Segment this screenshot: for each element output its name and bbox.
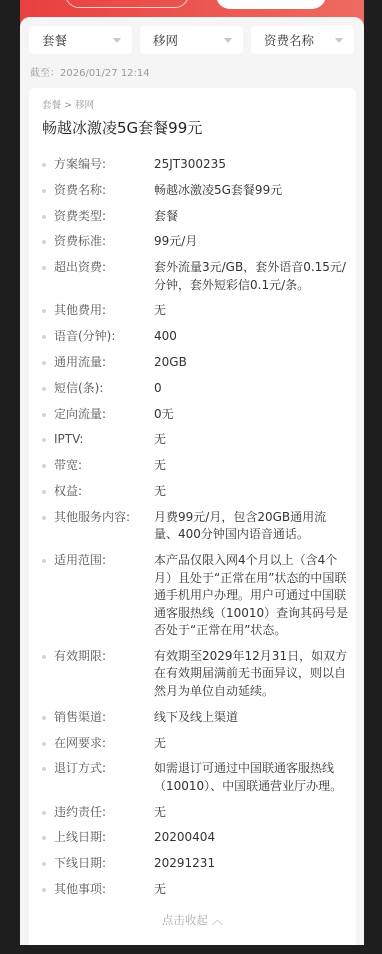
- plan-title: 畅越冰激凌5G套餐99元: [42, 117, 202, 138]
- bullet-icon: [42, 559, 46, 563]
- detail-row-overage: 超出资费:套外流量3元/GB，套外语音0.15元/分钟，套外短彩信0.1元/条。: [42, 259, 350, 294]
- detail-row-other-fees: 其他费用:无: [42, 302, 350, 320]
- detail-row-plan-type: 资费类型:套餐: [42, 208, 350, 226]
- detail-list: 方案编号:25JT300235 资费名称:畅越冰激凌5G套餐99元 资费类型:套…: [42, 156, 350, 907]
- content-panel: 套餐 移网 资费名称 截至：2026/01/27 12:14 套餐 > 移网 畅…: [20, 17, 364, 945]
- detail-value: 20GB: [154, 354, 350, 372]
- detail-value: 有效期至2029年12月31日，如双方在有效期届满前无书面异议，则以自然月为单位…: [154, 648, 350, 701]
- caret-down-icon: [224, 38, 232, 43]
- detail-row-iptv: IPTV:无: [42, 431, 350, 449]
- detail-value: 0: [154, 380, 350, 398]
- detail-value: 20200404: [154, 829, 350, 847]
- detail-row-channel: 销售渠道:线下及线上渠道: [42, 709, 350, 727]
- detail-label: 适用范围:: [54, 552, 154, 640]
- detail-label: 有效期限:: [54, 648, 154, 701]
- detail-value: 线下及线上渠道: [154, 709, 350, 727]
- filter-category-dropdown[interactable]: 套餐: [29, 26, 132, 54]
- detail-row-plan-id: 方案编号:25JT300235: [42, 156, 350, 174]
- detail-value: 如需退订可通过中国联通客服热线（10010）、中国联通营业厅办理。: [154, 760, 350, 795]
- detail-label: 语音(分钟):: [54, 328, 154, 346]
- filter-plan-name-dropdown[interactable]: 资费名称: [251, 26, 354, 54]
- detail-label: 下线日期:: [54, 855, 154, 873]
- detail-value: 套外流量3元/GB，套外语音0.15元/分钟，套外短彩信0.1元/条。: [154, 259, 350, 294]
- bullet-icon: [42, 888, 46, 892]
- header-tab-left[interactable]: [65, 0, 189, 8]
- detail-label: 通用流量:: [54, 354, 154, 372]
- bullet-icon: [42, 361, 46, 365]
- bullet-icon: [42, 655, 46, 659]
- detail-row-unsubscribe: 退订方式:如需退订可通过中国联通客服热线（10010）、中国联通营业厅办理。: [42, 760, 350, 795]
- detail-label: 资费名称:: [54, 182, 154, 200]
- detail-row-other-services: 其他服务内容:月费99元/月，包含20GB通用流量、400分钟国内语音通话。: [42, 509, 350, 544]
- bullet-icon: [42, 413, 46, 417]
- detail-row-launch-date: 上线日期:20200404: [42, 829, 350, 847]
- detail-value: 20291231: [154, 855, 350, 873]
- bullet-icon: [42, 464, 46, 468]
- header-tab-right-active[interactable]: [216, 0, 326, 9]
- detail-value: 0无: [154, 406, 350, 424]
- detail-label: 违约责任:: [54, 804, 154, 822]
- detail-value: 无: [154, 804, 350, 822]
- detail-label: 权益:: [54, 483, 154, 501]
- detail-row-other-notes: 其他事项:无: [42, 881, 350, 899]
- detail-label: 退订方式:: [54, 760, 154, 795]
- detail-row-sms: 短信(条):0: [42, 380, 350, 398]
- detail-label: 在网要求:: [54, 735, 154, 753]
- detail-row-benefits: 权益:无: [42, 483, 350, 501]
- detail-row-offline-date: 下线日期:20291231: [42, 855, 350, 873]
- detail-value: 无: [154, 881, 350, 899]
- filter-label: 套餐: [42, 31, 67, 49]
- filter-network-dropdown[interactable]: 移网: [140, 26, 243, 54]
- detail-label: 带宽:: [54, 457, 154, 475]
- detail-row-data: 通用流量:20GB: [42, 354, 350, 372]
- detail-value: 99元/月: [154, 233, 350, 251]
- detail-label: 方案编号:: [54, 156, 154, 174]
- bullet-icon: [42, 240, 46, 244]
- detail-row-plan-name: 资费名称:畅越冰激凌5G套餐99元: [42, 182, 350, 200]
- detail-value: 无: [154, 431, 350, 449]
- detail-value: 月费99元/月，包含20GB通用流量、400分钟国内语音通话。: [154, 509, 350, 544]
- bullet-icon: [42, 516, 46, 520]
- detail-row-voice: 语音(分钟):400: [42, 328, 350, 346]
- detail-label: 定向流量:: [54, 406, 154, 424]
- detail-value: 25JT300235: [154, 156, 350, 174]
- detail-row-tenure: 在网要求:无: [42, 735, 350, 753]
- detail-label: 其他事项:: [54, 881, 154, 899]
- detail-value: 无: [154, 457, 350, 475]
- plan-detail-card: 套餐 > 移网 畅越冰激凌5G套餐99元 方案编号:25JT300235 资费名…: [29, 88, 356, 945]
- phone-screen: 套餐 移网 资费名称 截至：2026/01/27 12:14 套餐 > 移网 畅…: [20, 0, 364, 945]
- detail-value: 无: [154, 735, 350, 753]
- bullet-icon: [42, 490, 46, 494]
- detail-label: 其他服务内容:: [54, 509, 154, 544]
- caret-down-icon: [113, 38, 121, 43]
- bullet-icon: [42, 742, 46, 746]
- bullet-icon: [42, 811, 46, 815]
- bullet-icon: [42, 163, 46, 167]
- detail-row-price: 资费标准:99元/月: [42, 233, 350, 251]
- filter-label: 移网: [153, 31, 178, 49]
- detail-label: 资费类型:: [54, 208, 154, 226]
- detail-label: 其他费用:: [54, 302, 154, 320]
- detail-value: 无: [154, 302, 350, 320]
- bullet-icon: [42, 335, 46, 339]
- detail-value: 400: [154, 328, 350, 346]
- bullet-icon: [42, 189, 46, 193]
- detail-label: 资费标准:: [54, 233, 154, 251]
- detail-label: 短信(条):: [54, 380, 154, 398]
- detail-value: 本产品仅限入网4个月以上（含4个月）且处于“正常在用”状态的中国联通手机用户办理…: [154, 552, 350, 640]
- caret-down-icon: [335, 38, 343, 43]
- bullet-icon: [42, 309, 46, 313]
- bullet-icon: [42, 266, 46, 270]
- detail-row-scope: 适用范围:本产品仅限入网4个月以上（含4个月）且处于“正常在用”状态的中国联通手…: [42, 552, 350, 640]
- breadcrumb: 套餐 > 移网: [42, 97, 94, 111]
- as-of-timestamp: 截至：2026/01/27 12:14: [30, 64, 150, 79]
- detail-label: 上线日期:: [54, 829, 154, 847]
- detail-value: 套餐: [154, 208, 350, 226]
- detail-value: 无: [154, 483, 350, 501]
- filter-label: 资费名称: [264, 31, 314, 49]
- detail-value: 畅越冰激凌5G套餐99元: [154, 182, 350, 200]
- detail-label: 超出资费:: [54, 259, 154, 294]
- detail-label: IPTV:: [54, 431, 154, 449]
- bullet-icon: [42, 836, 46, 840]
- bullet-icon: [42, 862, 46, 866]
- collapse-button[interactable]: 点击收起 ︿: [29, 912, 356, 928]
- filter-bar: 套餐 移网 资费名称: [29, 26, 354, 54]
- bullet-icon: [42, 215, 46, 219]
- bullet-icon: [42, 438, 46, 442]
- bullet-icon: [42, 767, 46, 771]
- detail-row-bandwidth: 带宽:无: [42, 457, 350, 475]
- bullet-icon: [42, 387, 46, 391]
- detail-row-liability: 违约责任:无: [42, 804, 350, 822]
- detail-row-directed-data: 定向流量:0无: [42, 406, 350, 424]
- bullet-icon: [42, 716, 46, 720]
- detail-row-validity: 有效期限:有效期至2029年12月31日，如双方在有效期届满前无书面异议，则以自…: [42, 648, 350, 701]
- detail-label: 销售渠道:: [54, 709, 154, 727]
